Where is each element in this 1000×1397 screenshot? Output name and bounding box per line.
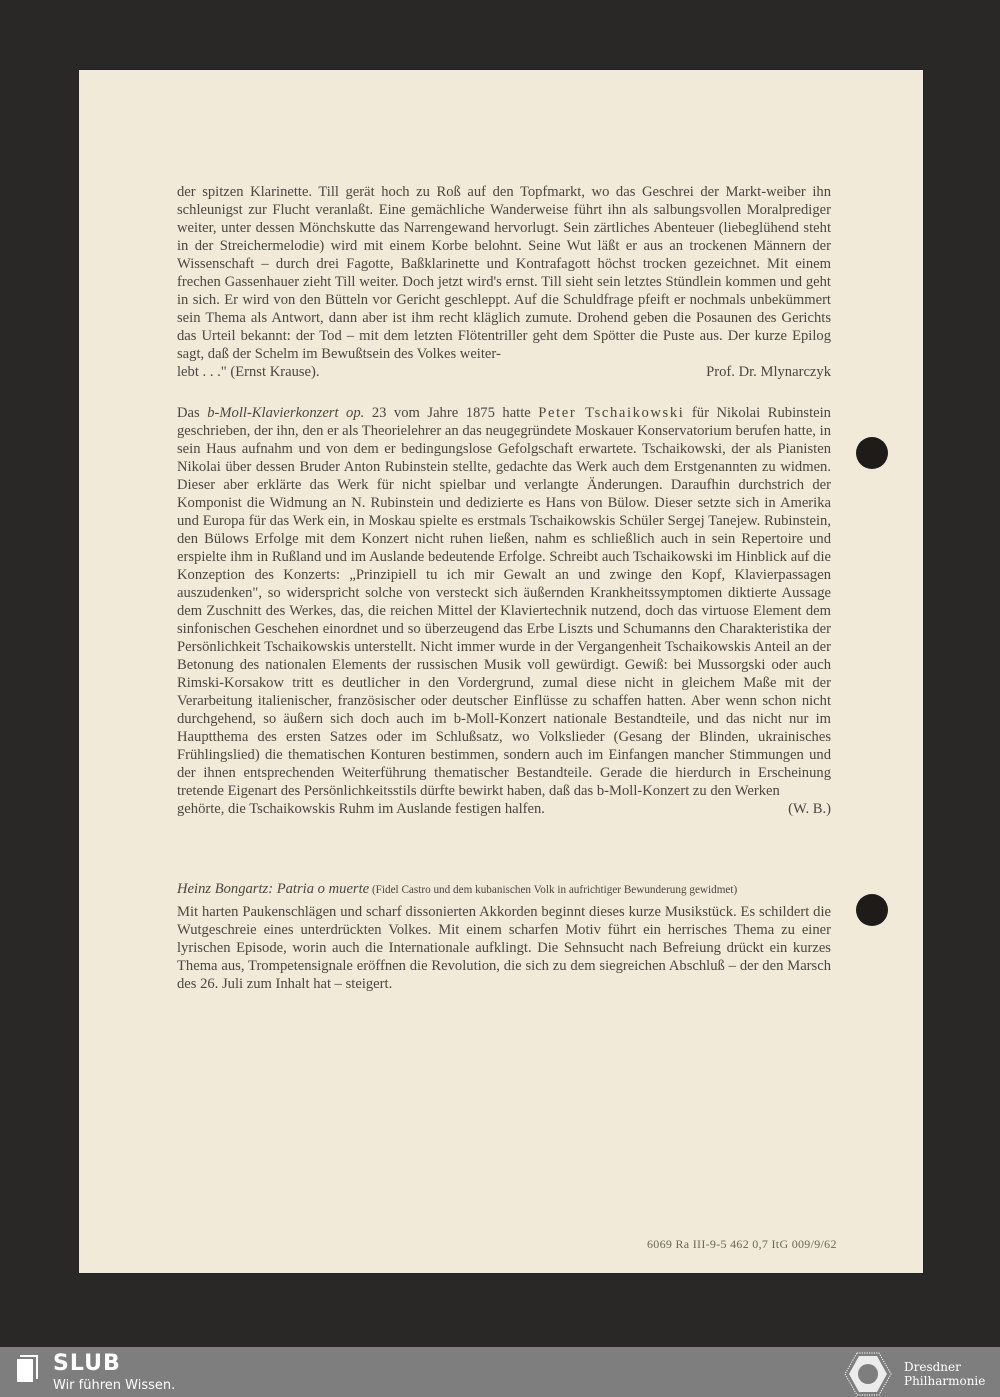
paragraph: Mit harten Paukenschlägen und scharf dis… xyxy=(177,903,831,993)
heading-title: Heinz Bongartz: Patria o muerte xyxy=(177,881,369,897)
section-heading: Heinz Bongartz: Patria o muerte (Fidel C… xyxy=(177,880,831,899)
text-run: 23 vom Jahre 1875 hatte xyxy=(364,405,538,421)
print-code: 6069 Ra III-9-5 462 0,7 ItG 009/9/62 xyxy=(647,1237,837,1252)
heading-dedication: (Fidel Castro und dem kubanischen Volk i… xyxy=(369,884,737,896)
section-patria-o-muerte: Heinz Bongartz: Patria o muerte (Fidel C… xyxy=(177,880,831,993)
slub-tagline: Wir führen Wissen. xyxy=(53,1378,175,1393)
document-page: der spitzen Klarinette. Till gerät hoch … xyxy=(79,70,923,1273)
punch-hole xyxy=(856,894,888,926)
section-tschaikowski-concerto: Das b-Moll-Klavierkonzert op. 23 vom Jah… xyxy=(177,404,831,818)
philharmonie-name: Dresdner Philharmonie xyxy=(904,1360,985,1388)
signature: Prof. Dr. Mlynarczyk xyxy=(706,363,831,381)
closing-line: lebt . . ." (Ernst Krause). Prof. Dr. Ml… xyxy=(177,363,831,381)
last-line: lebt . . ." (Ernst Krause). xyxy=(177,363,320,381)
text-run: für Nikolai Rubinstein geschrieben, der … xyxy=(177,405,831,799)
footer-bar: SLUB Wir führen Wissen. Dresdner Philhar… xyxy=(0,1347,1000,1397)
punch-hole xyxy=(856,437,888,469)
signature: (W. B.) xyxy=(788,800,831,818)
composer-name: Peter Tschaikowski xyxy=(538,405,684,421)
slub-book-icon xyxy=(14,1355,38,1383)
partner-line: Dresdner xyxy=(904,1360,985,1374)
work-title: b-Moll-Klavierkonzert op. xyxy=(207,405,364,421)
text-run: Das xyxy=(177,405,207,421)
section-till-eulenspiegel: der spitzen Klarinette. Till gerät hoch … xyxy=(177,183,831,381)
last-line: gehörte, die Tschaikowskis Ruhm im Ausla… xyxy=(177,800,545,818)
philharmonie-logo-icon xyxy=(843,1351,893,1397)
partner-line: Philharmonie xyxy=(904,1374,985,1388)
slub-title: SLUB xyxy=(53,1351,121,1376)
paragraph: der spitzen Klarinette. Till gerät hoch … xyxy=(177,183,831,363)
paragraph: Das b-Moll-Klavierkonzert op. 23 vom Jah… xyxy=(177,404,831,800)
closing-line: gehörte, die Tschaikowskis Ruhm im Ausla… xyxy=(177,800,831,818)
